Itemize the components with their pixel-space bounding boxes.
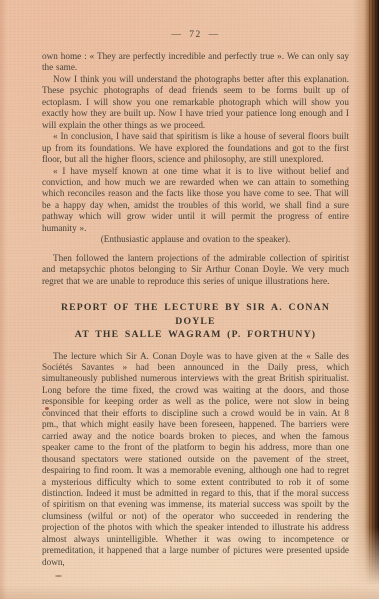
paragraph-lantern-projections: Then followed the lantern projections of… (42, 253, 349, 287)
paragraph-lecture-report: The lecture which Sir A. Conan Doyle was… (42, 351, 349, 569)
paper-speck (45, 407, 49, 410)
page-number: — 72 — (42, 30, 349, 40)
paragraph-belief: « I have myself known at one time what i… (42, 166, 349, 235)
paper-speck (55, 575, 62, 577)
bottom-scan-shade (0, 585, 379, 599)
applause-line: (Enthusiastic applause and ovation to th… (42, 234, 349, 245)
left-scan-shade (0, 0, 7, 599)
section-heading: REPORT OF THE LECTURE BY SIR A. CONAN DO… (42, 301, 349, 342)
scanned-book-page: — 72 — own home : « They are perfectly i… (0, 0, 379, 599)
section-heading-line-1: REPORT OF THE LECTURE BY SIR A. CONAN DO… (42, 301, 349, 328)
paragraph-own-home: own home : « They are perfectly incredib… (42, 51, 349, 74)
book-page-edge-shadow (353, 0, 379, 586)
page-stack-lines (367, 0, 379, 586)
page-text-column: — 72 — own home : « They are perfectly i… (42, 30, 349, 568)
section-heading-line-2: AT THE SALLE WAGRAM (P. FORTHUNY) (42, 328, 349, 342)
paragraph-photographs: Now I think you will understand the phot… (42, 74, 349, 131)
paragraph-conclusion: « In conclusion, I have said that spirit… (42, 131, 349, 165)
